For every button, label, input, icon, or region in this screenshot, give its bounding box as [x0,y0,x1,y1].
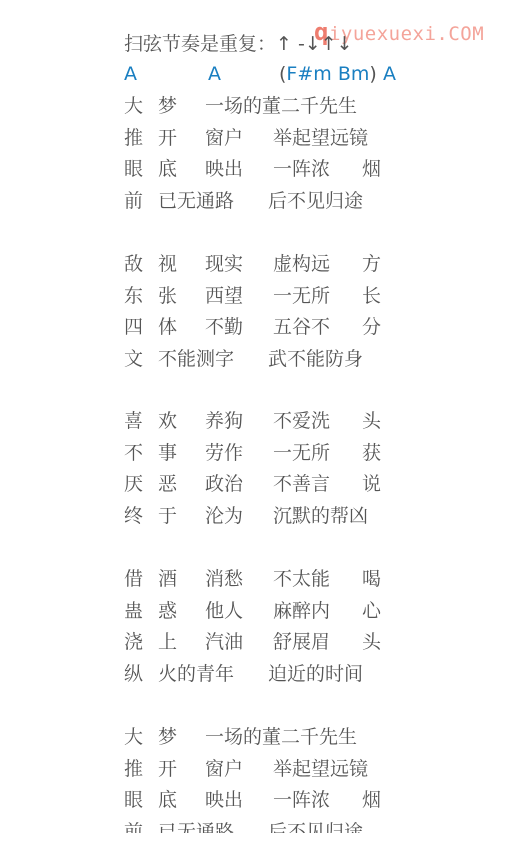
lyric-segment: 不善言 [273,471,330,497]
lyric-segment: 一场的董二千先生 [205,93,357,119]
lyric-segment: 举起望远镜 [273,756,368,782]
lyric-segment: 敌 [124,251,143,277]
lyric-segment: 获 [362,440,381,466]
lyric-segment: 厌 [124,471,143,497]
lyric-segment: 窗户 [205,125,243,151]
lyric-segment: 推 [124,125,143,151]
lyric-segment: 眼 [124,787,143,813]
lyric-segment: 不 [124,440,143,466]
lyric-segment: 政治 [205,471,243,497]
lyric-segment: 底 [158,156,177,182]
lyric-segment: 麻醉内 [273,598,330,624]
lyric-segment: 他人 [205,598,243,624]
lyric-segment: 纵 [124,661,143,687]
lyric-segment: 沦为 [205,503,243,529]
lyric-segment: 一阵浓 [273,787,330,813]
lyric-segment: 眼 [124,156,143,182]
lyric-segment: 开 [158,756,177,782]
lyric-segment: 不太能 [273,566,330,592]
lyric-segment: 迫近的时间 [268,661,363,687]
lyric-segment: 头 [362,629,381,655]
lyric-segment: 张 [158,283,177,309]
lyric-segment: 于 [158,503,177,529]
lyric-segment: 分 [362,314,381,340]
lyric-segment: 视 [158,251,177,277]
lyric-segment: 不勤 [205,314,243,340]
lyric-segment: 养狗 [205,408,243,434]
lyric-segment: 东 [124,283,143,309]
lyric-segment: 借 [124,566,143,592]
lyric-segment: 头 [362,408,381,434]
lyric-segment: 恶 [158,471,177,497]
lyric-segment: 窗户 [205,756,243,782]
lyric-segment: 一阵浓 [273,156,330,182]
lyric-segment: 酒 [158,566,177,592]
lyric-segment: 映出 [205,156,243,182]
lyric-segment: 上 [158,629,177,655]
lyric-segment: 已无通路 [158,188,234,214]
lyric-segment: 烟 [362,156,381,182]
lyric-segment: 汽油 [205,629,243,655]
lyric-segment: 前 [124,188,143,214]
lyric-segment: 梦 [158,724,177,750]
lyric-segment: 开 [158,125,177,151]
lyric-segment: 虚构远 [273,251,330,277]
lyric-segment: 浇 [124,629,143,655]
lyric-segment: 火的青年 [158,661,234,687]
lyric-segment: 已无通路 [158,819,234,834]
lyric-segment: 喝 [362,566,381,592]
lyric-segment: 不能测字 [158,346,234,372]
lyric-segment: 一无所 [273,283,330,309]
lyric-segment: 沉默的帮凶 [273,503,368,529]
lyric-segment: 终 [124,503,143,529]
lyric-segment: 西望 [205,283,243,309]
lyric-segment: 不爱洗 [273,408,330,434]
lyric-segment: 长 [362,283,381,309]
lyric-segment: 方 [362,251,381,277]
lyric-segment: 消愁 [205,566,243,592]
lyric-segment: 喜 [124,408,143,434]
lyric-segment: 一场的董二千先生 [205,724,357,750]
lyric-segment: 后不见归途 [268,188,363,214]
lyrics-body: 大梦一场的董二千先生推开窗户举起望远镜眼底映出一阵浓烟前已无通路后不见归途敌视现… [0,0,526,833]
lyric-segment: 大 [124,93,143,119]
lyric-segment: 大 [124,724,143,750]
lyric-segment: 映出 [205,787,243,813]
lyric-segment: 说 [362,471,381,497]
lyric-segment: 舒展眉 [273,629,330,655]
lyric-segment: 心 [362,598,381,624]
lyric-segment: 事 [158,440,177,466]
lyric-segment: 举起望远镜 [273,125,368,151]
lyric-segment: 推 [124,756,143,782]
lyric-segment: 现实 [205,251,243,277]
lyric-segment: 惑 [158,598,177,624]
lyric-segment: 烟 [362,787,381,813]
lyric-segment: 五谷不 [273,314,330,340]
lyric-segment: 一无所 [273,440,330,466]
lyric-segment: 底 [158,787,177,813]
lyric-segment: 文 [124,346,143,372]
lyric-segment: 劳作 [205,440,243,466]
lyric-segment: 前 [124,819,143,834]
lyric-segment: 体 [158,314,177,340]
lyric-segment: 四 [124,314,143,340]
lyric-segment: 欢 [158,408,177,434]
lyric-segment: 武不能防身 [268,346,363,372]
lyric-segment: 后不见归途 [268,819,363,834]
lyric-segment: 蛊 [124,598,143,624]
lyric-segment: 梦 [158,93,177,119]
